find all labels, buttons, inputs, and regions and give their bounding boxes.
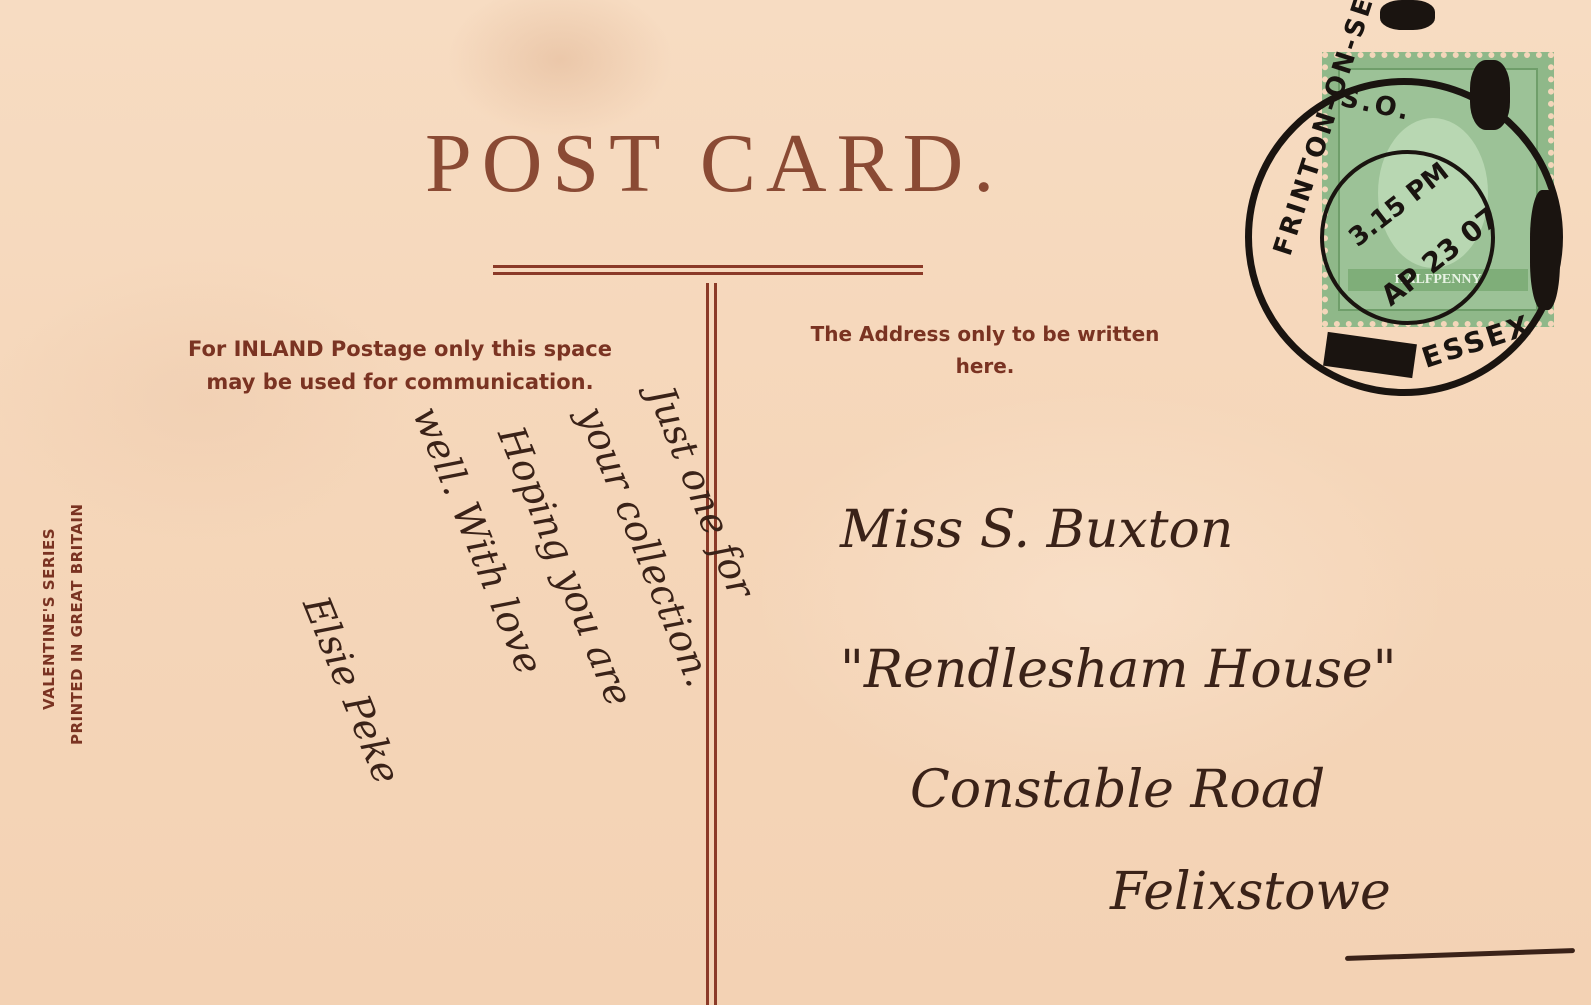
address-house: "Rendlesham House" xyxy=(840,640,1397,700)
divider-top-rule xyxy=(493,265,923,268)
message-signature: Elsie Peke xyxy=(294,590,409,790)
address-label-line2: here. xyxy=(745,350,1225,382)
communication-label-line1: For INLAND Postage only this space xyxy=(120,333,680,366)
address-underline xyxy=(1345,948,1575,961)
address-name: Miss S. Buxton xyxy=(840,500,1233,560)
publisher-line2: PRINTED IN GREAT BRITAIN xyxy=(68,503,86,745)
communication-label: For INLAND Postage only this space may b… xyxy=(120,333,680,399)
postmark-smudge-top xyxy=(1380,0,1435,30)
communication-label-line2: may be used for communication. xyxy=(120,366,680,399)
address-town: Felixstowe xyxy=(1110,862,1391,922)
address-label-line1: The Address only to be written xyxy=(745,318,1225,350)
postcard-title: POST CARD. xyxy=(425,122,1085,206)
address-street: Constable Road xyxy=(910,760,1325,820)
publisher-imprint: VALENTINE'S SERIES PRINTED IN GREAT BRIT… xyxy=(40,460,110,750)
postmark-smudge-right xyxy=(1530,190,1560,310)
postcard-back: POST CARD. For INLAND Postage only this … xyxy=(0,0,1591,1005)
divider-vertical-rule-2 xyxy=(714,283,717,1005)
address-label: The Address only to be written here. xyxy=(745,318,1225,382)
postmark-smudge xyxy=(1470,60,1510,130)
publisher-line1: VALENTINE'S SERIES xyxy=(40,528,58,710)
divider-top-rule-2 xyxy=(493,272,923,275)
